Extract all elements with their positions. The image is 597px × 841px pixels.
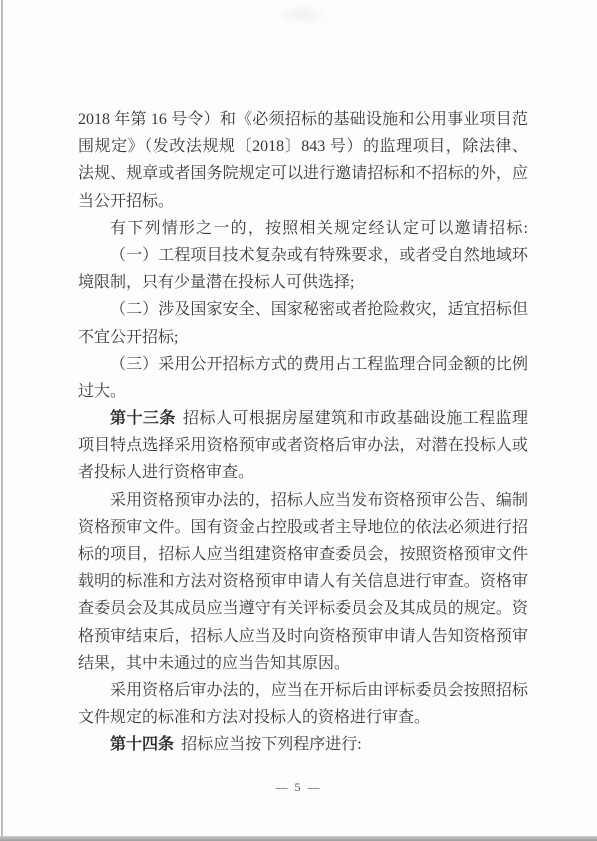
text-line: 当公开招标。 bbox=[78, 188, 528, 215]
line-text: （三）采用公开招标方式的费用占工程监理合同金额的比例 bbox=[110, 356, 528, 373]
text-line: （二）涉及国家安全、国家秘密或者抢险救灾，适宜招标但 bbox=[78, 296, 528, 323]
text-line: 法规、规章或者国务院规定可以进行邀请招标和不招标的外，应 bbox=[78, 160, 528, 187]
line-text: 采用资格预审办法的，招标人应当发布资格预审公告、编制 bbox=[110, 492, 528, 509]
line-text: 结果，其中未通过的应当告知其原因。 bbox=[78, 655, 350, 672]
text-line: 第十三条招标人可根据房屋建筑和市政基础设施工程监理 bbox=[78, 405, 528, 432]
text-line: 格预审结束后，招标人应当及时向资格预审申请人告知资格预审 bbox=[78, 623, 528, 650]
document-body: 2018 年第 16 号令）和《必须招标的基础设施和公用事业项目范围规定》（发改… bbox=[78, 106, 528, 759]
text-line: 不宜公开招标; bbox=[78, 324, 528, 351]
document-page: 2018 年第 16 号令）和《必须招标的基础设施和公用事业项目范围规定》（发改… bbox=[0, 0, 597, 841]
text-line: 载明的标准和方法对资格预审申请人有关信息进行审查。资格审 bbox=[78, 568, 528, 595]
text-line: 过大。 bbox=[78, 378, 528, 405]
line-text: 境限制，只有少量潜在投标人可供选择; bbox=[78, 274, 354, 291]
text-line: 第十四条招标应当按下列程序进行: bbox=[78, 731, 528, 758]
line-text: （二）涉及国家安全、国家秘密或者抢险救灾，适宜招标但 bbox=[110, 301, 528, 318]
text-line: 资格预审文件。国有资金占控股或者主导地位的依法必须进行招 bbox=[78, 514, 528, 541]
line-text: 当公开招标。 bbox=[78, 193, 174, 210]
text-line: 文件规定的标准和方法对投标人的资格进行审查。 bbox=[78, 704, 528, 731]
line-text: 文件规定的标准和方法对投标人的资格进行审查。 bbox=[78, 709, 430, 726]
line-text: 项目特点选择采用资格预审或者资格后审办法，对潜在投标人或 bbox=[78, 437, 528, 454]
text-line: 围规定》（发改法规规〔2018〕843 号）的监理项目，除法律、 bbox=[78, 133, 528, 160]
line-text: 不宜公开招标; bbox=[78, 329, 178, 346]
text-line: 境限制，只有少量潜在投标人可供选择; bbox=[78, 269, 528, 296]
line-text: 法规、规章或者国务院规定可以进行邀请招标和不招标的外，应 bbox=[78, 165, 528, 182]
line-text: 招标人可根据房屋建筑和市政基础设施工程监理 bbox=[183, 410, 528, 427]
text-line: 有下列情形之一的，按照相关规定经认定可以邀请招标: bbox=[78, 215, 528, 242]
scan-edge-bottom bbox=[0, 836, 597, 841]
line-text: 者投标人进行资格审查。 bbox=[78, 464, 254, 481]
line-text: 标的项目，招标人应当组建资格审查委员会，按照资格预审文件 bbox=[78, 546, 528, 563]
text-line: 2018 年第 16 号令）和《必须招标的基础设施和公用事业项目范 bbox=[78, 106, 528, 133]
text-line: 结果，其中未通过的应当告知其原因。 bbox=[78, 650, 528, 677]
line-text: 资格预审文件。国有资金占控股或者主导地位的依法必须进行招 bbox=[78, 519, 528, 536]
line-text: 过大。 bbox=[78, 383, 126, 400]
article-number: 第十三条 bbox=[110, 410, 176, 427]
article-number: 第十四条 bbox=[110, 736, 174, 753]
line-text: 查委员会及其成员应当遵守有关评标委员会及其成员的规定。资 bbox=[78, 600, 528, 617]
page-footer: — 5 — bbox=[0, 780, 597, 795]
text-line: 采用资格预审办法的，招标人应当发布资格预审公告、编制 bbox=[78, 487, 528, 514]
text-line: （一）工程项目技术复杂或有特殊要求，或者受自然地域环 bbox=[78, 242, 528, 269]
line-text: 有下列情形之一的，按照相关规定经认定可以邀请招标: bbox=[110, 220, 528, 237]
text-line: 采用资格后审办法的，应当在开标后由评标委员会按照招标 bbox=[78, 677, 528, 704]
line-text: 采用资格后审办法的，应当在开标后由评标委员会按照招标 bbox=[110, 682, 528, 699]
line-text: 2018 年第 16 号令）和《必须招标的基础设施和公用事业项目范 bbox=[78, 111, 528, 128]
line-text: 载明的标准和方法对资格预审申请人有关信息进行审查。资格审 bbox=[78, 573, 528, 590]
text-line: 项目特点选择采用资格预审或者资格后审办法，对潜在投标人或 bbox=[78, 432, 528, 459]
text-line: 标的项目，招标人应当组建资格审查委员会，按照资格预审文件 bbox=[78, 541, 528, 568]
scan-edge-left bbox=[1, 0, 3, 841]
text-line: 者投标人进行资格审查。 bbox=[78, 459, 528, 486]
scan-smudge-artifact bbox=[276, 4, 328, 26]
line-text: 围规定》（发改法规规〔2018〕843 号）的监理项目，除法律、 bbox=[78, 138, 528, 155]
text-line: 查委员会及其成员应当遵守有关评标委员会及其成员的规定。资 bbox=[78, 595, 528, 622]
line-text: 招标应当按下列程序进行: bbox=[181, 736, 361, 753]
line-text: 格预审结束后，招标人应当及时向资格预审申请人告知资格预审 bbox=[78, 628, 528, 645]
page-number: — 5 — bbox=[276, 780, 322, 794]
line-text: （一）工程项目技术复杂或有特殊要求，或者受自然地域环 bbox=[110, 247, 528, 264]
text-line: （三）采用公开招标方式的费用占工程监理合同金额的比例 bbox=[78, 351, 528, 378]
